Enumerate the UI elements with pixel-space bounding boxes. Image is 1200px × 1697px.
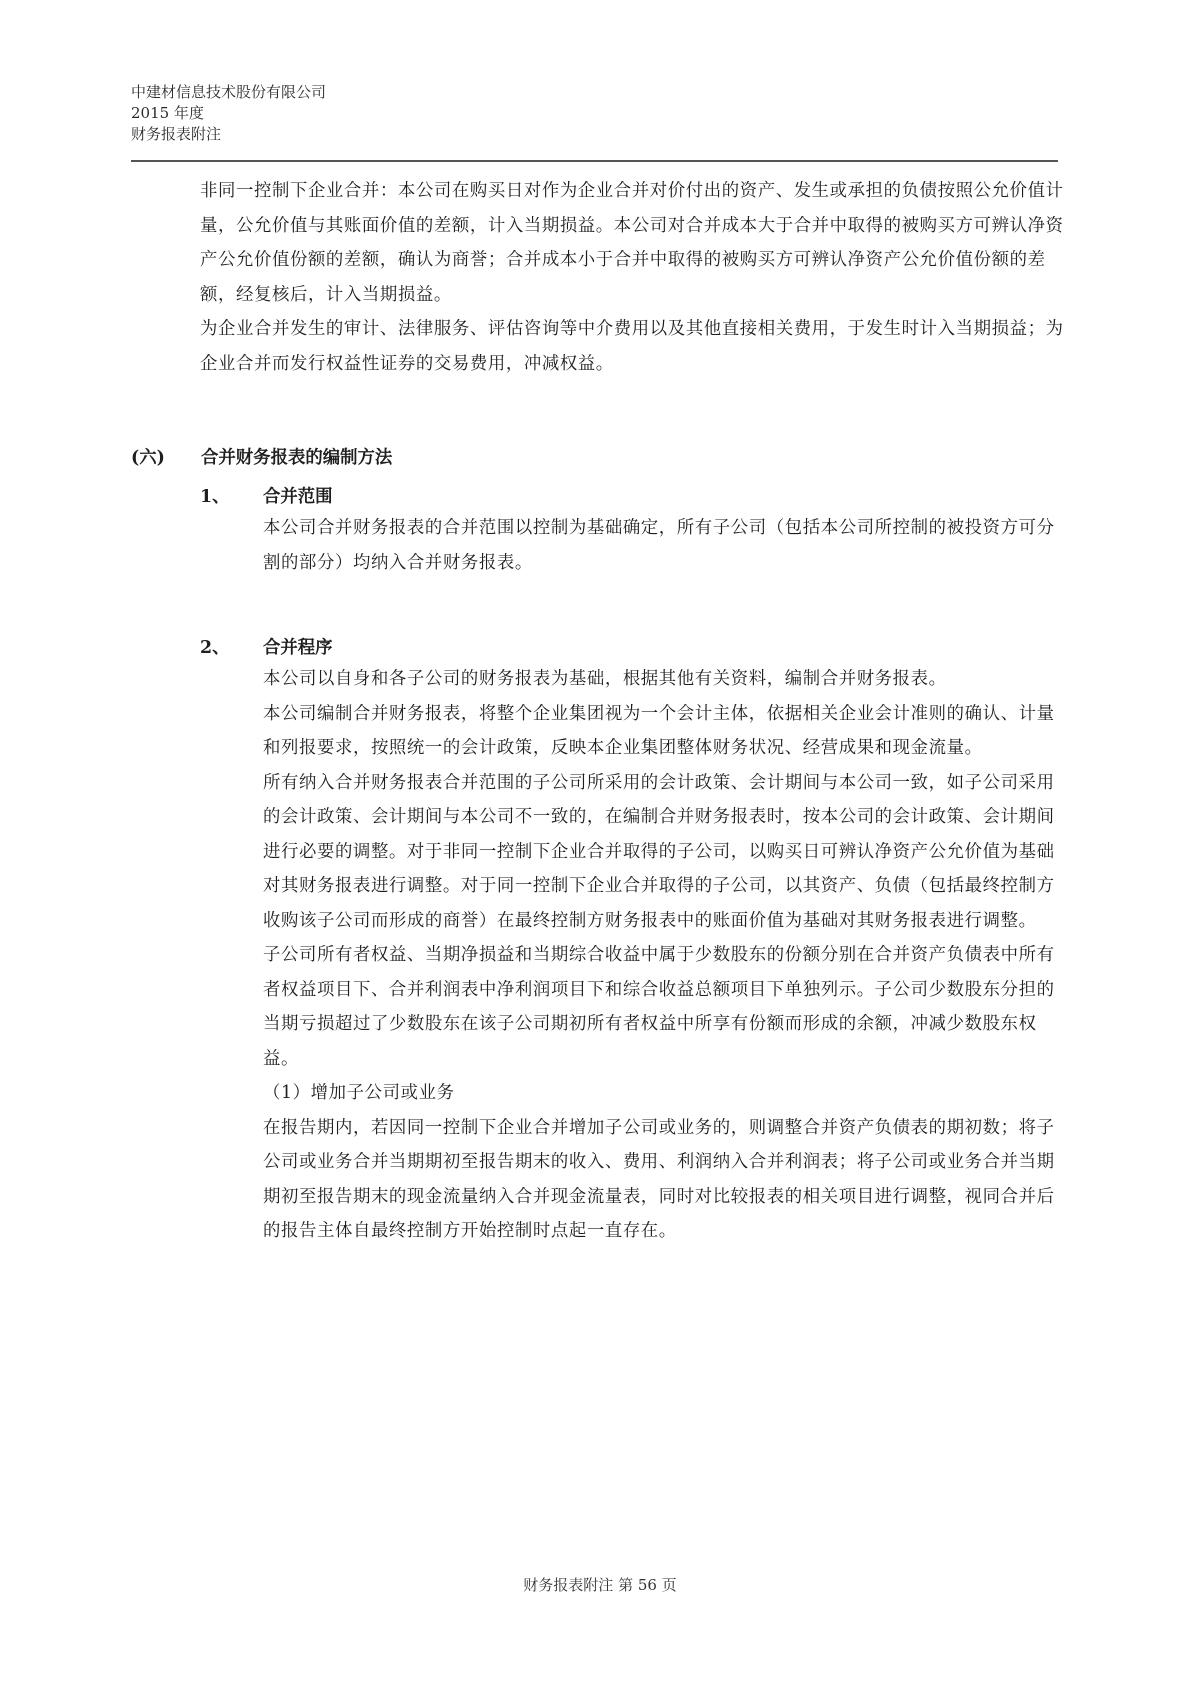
subsection-number: 2、 [200, 633, 230, 658]
section-title: 合并财务报表的编制方法 [201, 443, 392, 468]
subsection-number: 1、 [200, 482, 230, 507]
header-divider [131, 160, 1058, 162]
paragraph-combination-costs: 为企业合并发生的审计、法律服务、评估咨询等中介费用以及其他直接相关费用，于发生时… [200, 312, 1065, 381]
page-header: 中建材信息技术股份有限公司 2015 年度 财务报表附注 [131, 82, 1058, 145]
subheading-add-subsidiary: （1）增加子公司或业务 [263, 1076, 1063, 1111]
paragraph-minority-interest: 子公司所有者权益、当期净损益和当期综合收益中属于少数股东的份额分别在合并资产负债… [263, 938, 1063, 1076]
paragraph-add-subsidiary: 在报告期内，若因同一控制下企业合并增加子公司或业务的，则调整合并资产负债表的期初… [263, 1111, 1063, 1249]
paragraph-scope: 本公司合并财务报表的合并范围以控制为基础确定，所有子公司（包括本公司所控制的被投… [263, 511, 1063, 580]
subsection-title: 合并程序 [263, 633, 333, 658]
paragraph-policy-alignment: 所有纳入合并财务报表合并范围的子公司所采用的会计政策、会计期间与本公司一致，如子… [263, 766, 1063, 939]
document-title: 财务报表附注 [131, 124, 1058, 145]
section-number: (六) [131, 443, 165, 468]
paragraph-business-combination: 非同一控制下企业合并：本公司在购买日对作为企业合并对价付出的资产、发生或承担的负… [200, 174, 1065, 312]
subsection-title: 合并范围 [263, 482, 333, 507]
scope-text: 本公司合并财务报表的合并范围以控制为基础确定，所有子公司（包括本公司所控制的被投… [263, 511, 1063, 580]
intro-text: 非同一控制下企业合并：本公司在购买日对作为企业合并对价付出的资产、发生或承担的负… [200, 174, 1065, 381]
paragraph-accounting-entity: 本公司编制合并财务报表，将整个企业集团视为一个会计主体，依据相关企业会计准则的确… [263, 697, 1063, 766]
procedure-text: 本公司以自身和各子公司的财务报表为基础，根据其他有关资料，编制合并财务报表。 本… [263, 662, 1063, 1249]
company-name: 中建材信息技术股份有限公司 [131, 82, 1058, 103]
paragraph-procedure-basis: 本公司以自身和各子公司的财务报表为基础，根据其他有关资料，编制合并财务报表。 [263, 662, 1063, 697]
report-year: 2015 年度 [131, 103, 1058, 124]
page-footer: 财务报表附注 第 56 页 [0, 1574, 1200, 1595]
